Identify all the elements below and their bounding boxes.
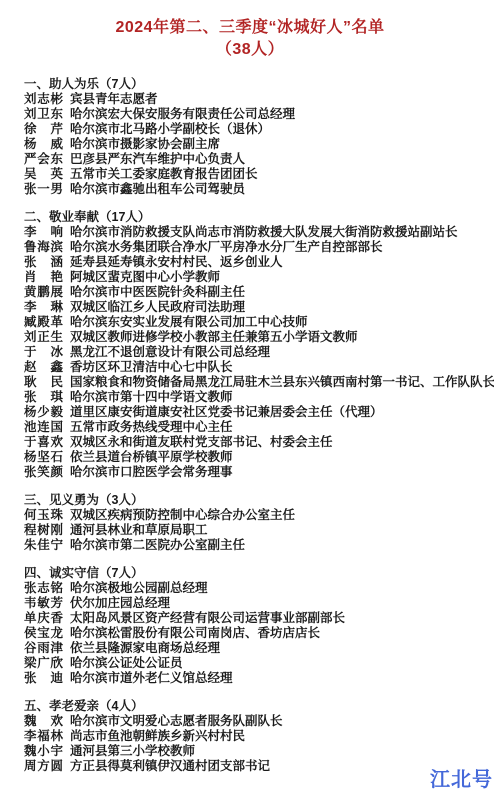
list-item: 于喜欢 双城区永和街道友联村党支部书记、村委会主任 <box>24 435 494 450</box>
person-role: 哈尔滨市北马路小学副校长（退休） <box>70 122 494 137</box>
person-role: 巴彦县严东汽车维护中心负责人 <box>70 152 494 167</box>
person-name: 韦敏芳 <box>24 596 63 611</box>
person-role: 哈尔滨市摄影家协会副主席 <box>70 137 494 152</box>
list-item: 于冰 黑龙江不退创意设计有限公司总经理 <box>24 345 494 360</box>
person-role: 阿城区蜚克图中心小学教师 <box>70 270 494 285</box>
person-name: 肖艳 <box>24 270 63 285</box>
person-name: 杨少毅 <box>24 405 63 420</box>
list-item: 黄鹏展 哈尔滨市中医医院针灸科副主任 <box>24 285 494 300</box>
list-item: 侯宝龙 哈尔滨松雷股份有限公司南岗店、香坊店店长 <box>24 626 494 641</box>
section-heading: 四、诚实守信（7人） <box>24 566 494 581</box>
person-role: 五常市关工委家庭教育报告团团长 <box>70 167 494 182</box>
list-item: 程树刚 通河县林业和草原局职工 <box>24 523 494 538</box>
person-name: 严会东 <box>24 152 63 167</box>
person-name: 张志铭 <box>24 581 63 596</box>
list-item: 朱佳宁 哈尔滨市第二医院办公室副主任 <box>24 538 494 553</box>
person-name: 魏欢 <box>24 714 63 729</box>
person-role: 黑龙江不退创意设计有限公司总经理 <box>70 345 494 360</box>
section-heading: 五、孝老爱亲（4人） <box>24 699 494 714</box>
good-people-list-page: 2024年第二、三季度“冰城好人”名单 （38人） 一、助人为乐（7人） 刘志彬… <box>0 0 500 800</box>
person-name: 李琳 <box>24 300 63 315</box>
list-item: 张志铭 哈尔滨极地公园副总经理 <box>24 581 494 596</box>
list-item: 吴英 五常市关工委家庭教育报告团团长 <box>24 167 494 182</box>
person-role: 太阳岛风景区资产经营有限公司运营事业部副部长 <box>70 611 494 626</box>
entries: 魏欢 哈尔滨市文明爱心志愿者服务队副队长 李福林 尚志市鱼池朝鲜族乡新兴村村民 … <box>24 714 494 774</box>
person-name: 吴英 <box>24 167 63 182</box>
list-item: 徐芹 哈尔滨市北马路小学副校长（退休） <box>24 122 494 137</box>
person-role: 五常市政务热线受理中心主任 <box>70 420 494 435</box>
list-item: 刘志彬 宾县青年志愿者 <box>24 92 494 107</box>
person-name: 李福林 <box>24 729 63 744</box>
entries: 李响 哈尔滨市消防救援支队尚志市消防救援大队发展大街消防救援站副站长 鲁海滨 哈… <box>24 225 494 480</box>
person-name: 池连国 <box>24 420 63 435</box>
list-item: 张笑颜 哈尔滨市口腔医学会常务理事 <box>24 465 494 480</box>
person-role: 哈尔滨市文明爱心志愿者服务队副队长 <box>70 714 494 729</box>
entries: 刘志彬 宾县青年志愿者 刘卫东 哈尔滨宏大保安服务有限责任公司总经理 徐芹 哈尔… <box>24 92 494 197</box>
list-item: 杨威 哈尔滨市摄影家协会副主席 <box>24 137 494 152</box>
list-item: 魏小宇 通河县第三小学校教师 <box>24 744 494 759</box>
person-name: 刘正生 <box>24 330 63 345</box>
list-item: 谷雨津 依兰县隆源家电商场总经理 <box>24 641 494 656</box>
person-role: 哈尔滨市口腔医学会常务理事 <box>70 465 494 480</box>
list-item: 赵鑫 香坊区环卫清洁中心七中队长 <box>24 360 494 375</box>
list-item: 单庆香 太阳岛风景区资产经营有限公司运营事业部副部长 <box>24 611 494 626</box>
title-line-1: 2024年第二、三季度“冰城好人”名单 <box>0 17 500 39</box>
section-heading: 一、助人为乐（7人） <box>24 77 494 92</box>
person-name: 徐芹 <box>24 122 63 137</box>
person-role: 通河县林业和草原局职工 <box>70 523 494 538</box>
list-item: 张涵 延寿县延寿镇永安村村民、返乡创业人 <box>24 255 494 270</box>
person-name: 何玉珠 <box>24 508 63 523</box>
person-role: 宾县青年志愿者 <box>70 92 494 107</box>
person-name: 单庆香 <box>24 611 63 626</box>
list-item: 周方圆 方正县得莫利镇伊汉通村团支部书记 <box>24 759 494 774</box>
category-section: 三、见义勇为（3人） 何玉珠 双城区疾病预防控制中心综合办公室主任 程树刚 通河… <box>24 493 494 553</box>
person-role: 哈尔滨极地公园副总经理 <box>70 581 494 596</box>
person-name: 杨坚石 <box>24 450 63 465</box>
person-role: 双城区教师进修学校小教部主任兼第五小学语文教师 <box>70 330 494 345</box>
person-name: 谷雨津 <box>24 641 63 656</box>
person-name: 朱佳宁 <box>24 538 63 553</box>
person-name: 梁广欣 <box>24 656 63 671</box>
list-item: 刘卫东 哈尔滨宏大保安服务有限责任公司总经理 <box>24 107 494 122</box>
category-section: 一、助人为乐（7人） 刘志彬 宾县青年志愿者 刘卫东 哈尔滨宏大保安服务有限责任… <box>24 77 494 197</box>
list-item: 张迪 哈尔滨市道外老仁义馆总经理 <box>24 671 494 686</box>
list-item: 耿民 国家粮食和物资储备局黑龙江局驻木兰县东兴镇西南村第一书记、工作队队长 <box>24 375 494 390</box>
entries: 何玉珠 双城区疾病预防控制中心综合办公室主任 程树刚 通河县林业和草原局职工 朱… <box>24 508 494 553</box>
page-title: 2024年第二、三季度“冰城好人”名单 （38人） <box>0 0 500 61</box>
person-role: 依兰县隆源家电商场总经理 <box>70 641 494 656</box>
list-item: 李琳 双城区临江乡人民政府司法助理 <box>24 300 494 315</box>
list-item: 梁广欣 哈尔滨公证处公证员 <box>24 656 494 671</box>
list-item: 张琪 哈尔滨市第十四中学语文教师 <box>24 390 494 405</box>
person-role: 双城区疾病预防控制中心综合办公室主任 <box>70 508 494 523</box>
section-heading: 三、见义勇为（3人） <box>24 493 494 508</box>
list-item: 鲁海滨 哈尔滨水务集团联合净水厂平房净水分厂生产自控部部长 <box>24 240 494 255</box>
list-item: 何玉珠 双城区疾病预防控制中心综合办公室主任 <box>24 508 494 523</box>
person-role: 通河县第三小学校教师 <box>70 744 494 759</box>
person-role: 哈尔滨市道外老仁义馆总经理 <box>70 671 494 686</box>
list-item: 杨少毅 道里区康安街道康安社区党委书记兼居委会主任（代理） <box>24 405 494 420</box>
person-name: 刘志彬 <box>24 92 63 107</box>
list-item: 肖艳 阿城区蜚克图中心小学教师 <box>24 270 494 285</box>
list-item: 刘正生 双城区教师进修学校小教部主任兼第五小学语文教师 <box>24 330 494 345</box>
person-role: 哈尔滨松雷股份有限公司南岗店、香坊店店长 <box>70 626 494 641</box>
person-role: 哈尔滨市消防救援支队尚志市消防救援大队发展大街消防救援站副站长 <box>70 225 494 240</box>
person-name: 程树刚 <box>24 523 63 538</box>
list-item: 李福林 尚志市鱼池朝鲜族乡新兴村村民 <box>24 729 494 744</box>
person-role: 哈尔滨市中医医院针灸科副主任 <box>70 285 494 300</box>
person-role: 哈尔滨市鑫驰出租车公司驾驶员 <box>70 182 494 197</box>
section-heading: 二、敬业奉献（17人） <box>24 210 494 225</box>
person-role: 香坊区环卫清洁中心七中队长 <box>70 360 494 375</box>
person-role: 哈尔滨市第十四中学语文教师 <box>70 390 494 405</box>
person-role: 哈尔滨东安实业发展有限公司加工中心技师 <box>70 315 494 330</box>
person-role: 哈尔滨市第二医院办公室副主任 <box>70 538 494 553</box>
person-name: 张笑颜 <box>24 465 63 480</box>
list-item: 杨坚石 依兰县道台桥镇平原学校教师 <box>24 450 494 465</box>
person-role: 道里区康安街道康安社区党委书记兼居委会主任（代理） <box>70 405 494 420</box>
category-section: 二、敬业奉献（17人） 李响 哈尔滨市消防救援支队尚志市消防救援大队发展大街消防… <box>24 210 494 480</box>
sections-list: 一、助人为乐（7人） 刘志彬 宾县青年志愿者 刘卫东 哈尔滨宏大保安服务有限责任… <box>0 61 500 774</box>
person-name: 赵鑫 <box>24 360 63 375</box>
person-role: 伏尔加庄园总经理 <box>70 596 494 611</box>
list-item: 张一男 哈尔滨市鑫驰出租车公司驾驶员 <box>24 182 494 197</box>
person-name: 杨威 <box>24 137 63 152</box>
person-name: 李响 <box>24 225 63 240</box>
person-role: 国家粮食和物资储备局黑龙江局驻木兰县东兴镇西南村第一书记、工作队队长 <box>70 375 494 390</box>
person-name: 张一男 <box>24 182 63 197</box>
person-name: 鲁海滨 <box>24 240 63 255</box>
person-name: 黄鹏展 <box>24 285 63 300</box>
entries: 张志铭 哈尔滨极地公园副总经理 韦敏芳 伏尔加庄园总经理 单庆香 太阳岛风景区资… <box>24 581 494 686</box>
list-item: 韦敏芳 伏尔加庄园总经理 <box>24 596 494 611</box>
person-name: 于喜欢 <box>24 435 63 450</box>
person-role: 哈尔滨公证处公证员 <box>70 656 494 671</box>
list-item: 魏欢 哈尔滨市文明爱心志愿者服务队副队长 <box>24 714 494 729</box>
person-name: 臧殿革 <box>24 315 63 330</box>
title-line-2: （38人） <box>0 39 500 61</box>
person-name: 张琪 <box>24 390 63 405</box>
person-name: 张迪 <box>24 671 63 686</box>
watermark-jiangbeihao: 江北号 <box>430 768 493 792</box>
person-role: 哈尔滨宏大保安服务有限责任公司总经理 <box>70 107 494 122</box>
person-role: 依兰县道台桥镇平原学校教师 <box>70 450 494 465</box>
person-role: 延寿县延寿镇永安村村民、返乡创业人 <box>70 255 494 270</box>
person-name: 于冰 <box>24 345 63 360</box>
person-role: 尚志市鱼池朝鲜族乡新兴村村民 <box>70 729 494 744</box>
person-role: 双城区临江乡人民政府司法助理 <box>70 300 494 315</box>
person-role: 双城区永和街道友联村党支部书记、村委会主任 <box>70 435 494 450</box>
category-section: 四、诚实守信（7人） 张志铭 哈尔滨极地公园副总经理 韦敏芳 伏尔加庄园总经理 … <box>24 566 494 686</box>
person-name: 刘卫东 <box>24 107 63 122</box>
list-item: 臧殿革 哈尔滨东安实业发展有限公司加工中心技师 <box>24 315 494 330</box>
person-name: 魏小宇 <box>24 744 63 759</box>
person-role: 哈尔滨水务集团联合净水厂平房净水分厂生产自控部部长 <box>70 240 494 255</box>
person-name: 周方圆 <box>24 759 63 774</box>
list-item: 池连国 五常市政务热线受理中心主任 <box>24 420 494 435</box>
list-item: 严会东 巴彦县严东汽车维护中心负责人 <box>24 152 494 167</box>
category-section: 五、孝老爱亲（4人） 魏欢 哈尔滨市文明爱心志愿者服务队副队长 李福林 尚志市鱼… <box>24 699 494 774</box>
person-name: 张涵 <box>24 255 63 270</box>
list-item: 李响 哈尔滨市消防救援支队尚志市消防救援大队发展大街消防救援站副站长 <box>24 225 494 240</box>
person-name: 耿民 <box>24 375 63 390</box>
person-name: 侯宝龙 <box>24 626 63 641</box>
